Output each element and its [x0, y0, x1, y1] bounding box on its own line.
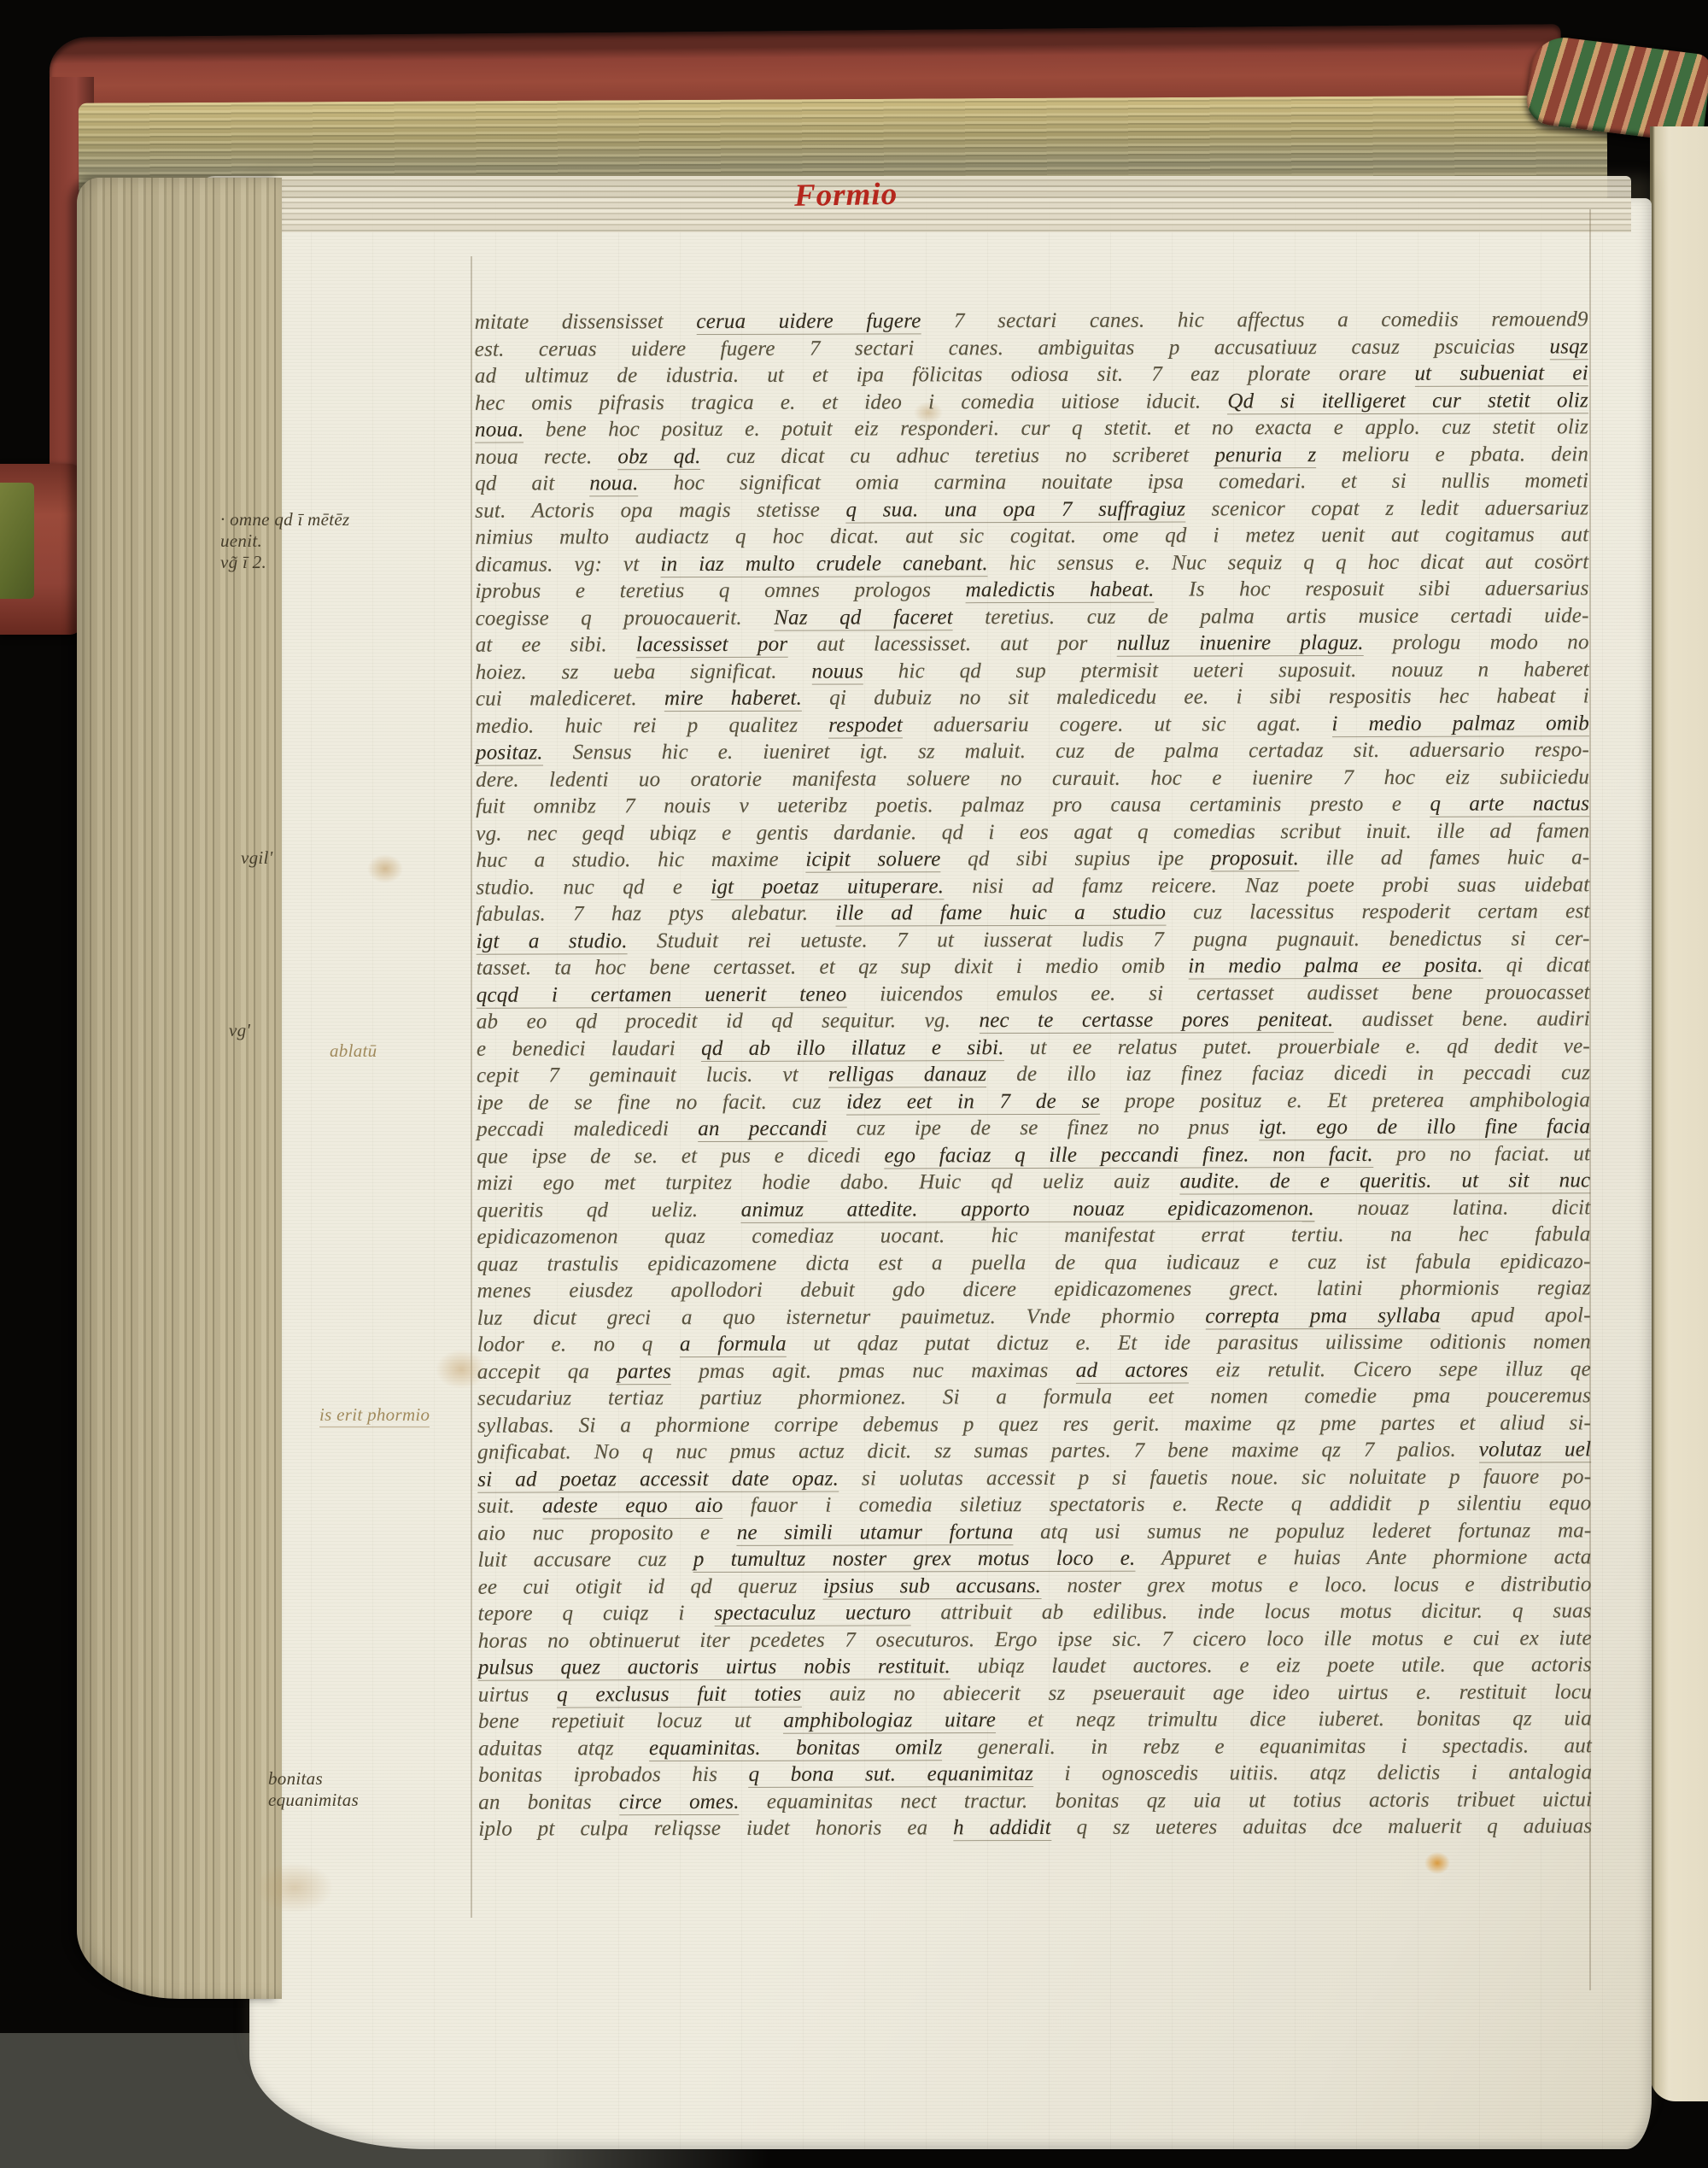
margin-note-line: vgil': [241, 847, 272, 869]
text-line: luz dicut greci a quo isternetur pauimet…: [477, 1302, 1591, 1332]
text-line: que ipse de se. et pus e dicedi ego faci…: [477, 1140, 1590, 1170]
margin-note-nota-virgil: vgil': [241, 847, 272, 869]
text-line: tasset. ta hoc bene certasset. et qz sup…: [477, 952, 1590, 981]
text-line: fuit omnibz 7 nouis v ueteribz poetis. p…: [476, 790, 1589, 820]
text-line: qcqd i certamen uenerit teneo iuicendos …: [477, 979, 1590, 1009]
margin-note-line: vg': [229, 1020, 250, 1041]
text-line: medio. huic rei p qualitez respodet adue…: [476, 710, 1589, 740]
stain: [367, 854, 403, 883]
text-line: secudariuz tertiaz partiuz phormionez. S…: [477, 1382, 1591, 1412]
text-line: si ad poetaz accessit date opaz. si uolu…: [477, 1463, 1591, 1493]
text-line: ipe de se fine no facit. cuz idez eet in…: [477, 1087, 1590, 1116]
text-line: aduitas atqz equaminitas. bonitas omilz …: [478, 1732, 1592, 1762]
margin-note-line: vg̃ ī 2.: [220, 552, 350, 573]
left-ruling-line: [471, 256, 472, 1918]
text-line: dere. ledenti uo oratorie manifesta solu…: [476, 764, 1589, 794]
margin-note-nota-is-erit-phormio: is erit phormio: [319, 1404, 430, 1427]
running-title: Formio: [794, 174, 983, 214]
text-line: uirtus q exclusus fuit toties auiz no ab…: [478, 1679, 1592, 1708]
text-line: noua recte. obz qd. cuz dicat cu adhuc t…: [475, 441, 1588, 471]
text-line: studio. nuc qd e igt poetaz uituperare. …: [476, 871, 1589, 901]
text-line: fabulas. 7 haz ptys alebatur. ille ad fa…: [476, 898, 1589, 928]
text-line: bonitas iprobados his q bona sut. equani…: [478, 1759, 1592, 1789]
text-line: an bonitas circe omes. equaminitas nect …: [478, 1786, 1592, 1816]
text-line: sut. Actoris opa magis stetisse q sua. u…: [475, 495, 1588, 524]
strap-tab: [0, 483, 34, 599]
text-line: syllabas. Si a phormione corripe debemus…: [477, 1409, 1591, 1439]
margin-note-line: · omne qd ī mētēz: [220, 509, 350, 530]
text-line: mizi ego met turpitez hodie dabo. Huic q…: [477, 1167, 1590, 1197]
margin-note-nota-bonitas: bonitasequanimitas: [268, 1768, 359, 1811]
text-line: huc a studio. hic maxime icipit soluere …: [476, 844, 1589, 874]
margin-note-line: equanimitas: [268, 1790, 359, 1811]
text-line: mitate dissensisset cerua uidere fugere …: [475, 306, 1588, 336]
text-line: positaz. Sensus hic e. iueniret igt. sz …: [476, 736, 1589, 766]
margin-note-nota-omne: · omne qd ī mētēzuenit.vg̃ ī 2.: [220, 509, 350, 573]
text-line: cui malediceret. mire haberet. qi dubuiz…: [476, 683, 1589, 712]
text-line: iplo pt culpa reliqsse iudet honoris ea …: [478, 1813, 1592, 1843]
text-line: qd ait noua. hoc significat omia carmina…: [475, 467, 1588, 497]
margin-note-nota-ablatu: ablatū: [330, 1040, 377, 1062]
text-line: e benedici laudari qd ab illo illatuz e …: [477, 1033, 1590, 1063]
text-line: hoiez. sz ueba significat. nouus hic qd …: [476, 656, 1589, 686]
text-line: cepit 7 geminauit lucis. vt relligas dan…: [477, 1059, 1590, 1089]
text-line: iprobus e teretius q omnes prologos male…: [475, 575, 1588, 605]
margin-note-line: is erit phormio: [319, 1404, 430, 1427]
margin-note-line: uenit.: [220, 530, 350, 552]
text-line: epidicazomenon quaz comediaz uocant. hic…: [477, 1221, 1590, 1251]
text-block: mitate dissensisset cerua uidere fugere …: [475, 306, 1593, 1843]
margin-note-line: bonitas: [268, 1768, 359, 1790]
text-line: ee cui otigit id qd queruz ipsius sub ac…: [478, 1571, 1592, 1601]
text-line: menes eiusdez apollodori debuit gdo dice…: [477, 1274, 1591, 1304]
text-line: suit. adeste equo aio fauor i comedia si…: [477, 1490, 1591, 1520]
text-line: horas no obtinuerut iter pcedetes 7 osec…: [478, 1625, 1592, 1655]
text-line: aio nuc proposito e ne simili utamur for…: [477, 1517, 1591, 1547]
text-line: nimius multo audiactz q hoc dicat. aut s…: [475, 521, 1588, 551]
text-line: tepore q cuiqz i spectaculuz uecturo att…: [478, 1597, 1592, 1627]
text-line: est. ceruas uidere fugere 7 sectari cane…: [475, 333, 1588, 363]
text-line: gnificabat. No q nuc pmus actuz dicit. s…: [477, 1436, 1591, 1466]
text-line: peccadi maledicedi an peccandi cuz ipe d…: [477, 1113, 1590, 1143]
manuscript-photo: Formio mitate dissensisset cerua uidere …: [0, 0, 1708, 2168]
text-line: luit accusare cuz p tumultuz noster grex…: [477, 1544, 1591, 1573]
text-line: pulsus quez auctoris uirtus nobis restit…: [478, 1651, 1592, 1681]
text-line: vg. nec geqd ubiqz e gentis dardanie. qd…: [476, 817, 1589, 847]
stain: [1424, 1852, 1450, 1874]
text-line: ab eo qd procedit id qd sequitur. vg. ne…: [477, 1005, 1590, 1035]
text-line: ad ultimuz de idustria. ut et ipa fölici…: [475, 360, 1588, 390]
text-line: igt a studio. Studuit rei uetuste. 7 ut …: [477, 925, 1590, 955]
text-line: coegisse q prouocauerit. Naz qd faceret …: [476, 602, 1589, 632]
facing-page-gutter: [1650, 126, 1708, 2101]
margin-note-nota-vg: vg': [229, 1020, 250, 1041]
text-line: quaz trastulis epidicazomene dicta est a…: [477, 1248, 1591, 1278]
stain: [256, 1862, 333, 1913]
text-line: queritis qd ueliz. animuz attedite. appo…: [477, 1194, 1590, 1224]
text-line: bene repetiuit locuz ut amphibologiaz ui…: [478, 1705, 1592, 1735]
margin-note-line: ablatū: [330, 1040, 377, 1062]
text-line: accepit qa partes pmas agit. pmas nuc ma…: [477, 1356, 1591, 1386]
left-page-edges: [77, 178, 282, 1999]
text-line: at ee sibi. lacessisset por aut lacessis…: [476, 629, 1589, 659]
text-line: dicamus. vg: vt in iaz multo crudele can…: [475, 548, 1588, 578]
text-line: hec omis pifrasis tragica e. et ideo i c…: [475, 387, 1588, 417]
text-line: noua. bene hoc posituz e. potuit eiz res…: [475, 413, 1588, 443]
text-line: lodor e. no q a formula ut qdaz putat di…: [477, 1328, 1591, 1358]
